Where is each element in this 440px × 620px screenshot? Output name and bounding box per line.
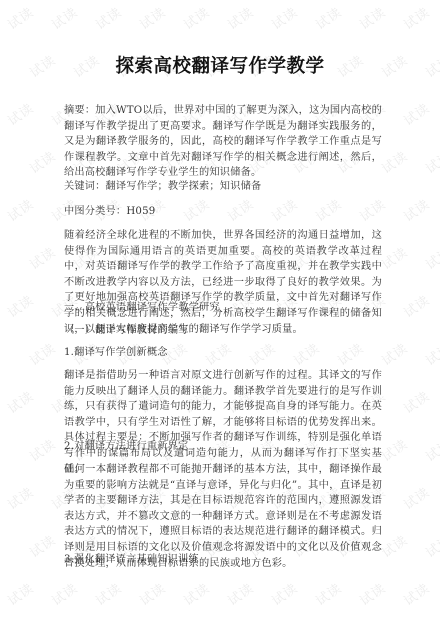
- subsection-heading: （一）翻译写作教材的编写: [64, 324, 189, 338]
- item-heading-1: 1.翻译写作学创新概念: [64, 346, 168, 360]
- keywords-line: 关键词：翻译写作学；教学探索；知识储备: [64, 180, 261, 194]
- item-heading-2: 2.对翻译方法进行重新界定: [64, 440, 188, 454]
- item-body-1: 翻译是指借助另一种语言对原文进行创新写作的过程。其译文的写作能力反映出了翻译人员…: [64, 368, 382, 477]
- classification-number: 中图分类号：H059: [64, 205, 155, 219]
- document-title: 探索高校翻译写作学教学: [0, 52, 440, 78]
- intro-paragraph: 随着经济全球化进程的不断加快，世界各国经济的沟通日益增加，这使得作为国际通用语言…: [64, 228, 382, 337]
- section-heading: 一、高校英语翻译写作学教学研究: [64, 301, 220, 315]
- document-page: 探索高校翻译写作学教学 摘要：加入WTO以后，世界对中国的了解更为深入，这为国内…: [0, 0, 440, 620]
- abstract-paragraph: 摘要：加入WTO以后，世界对中国的了解更为深入，这为国内高校的翻译写作教学提出了…: [64, 103, 382, 181]
- item-heading-3: 3.强化翻译语言基础知识训练: [64, 553, 199, 567]
